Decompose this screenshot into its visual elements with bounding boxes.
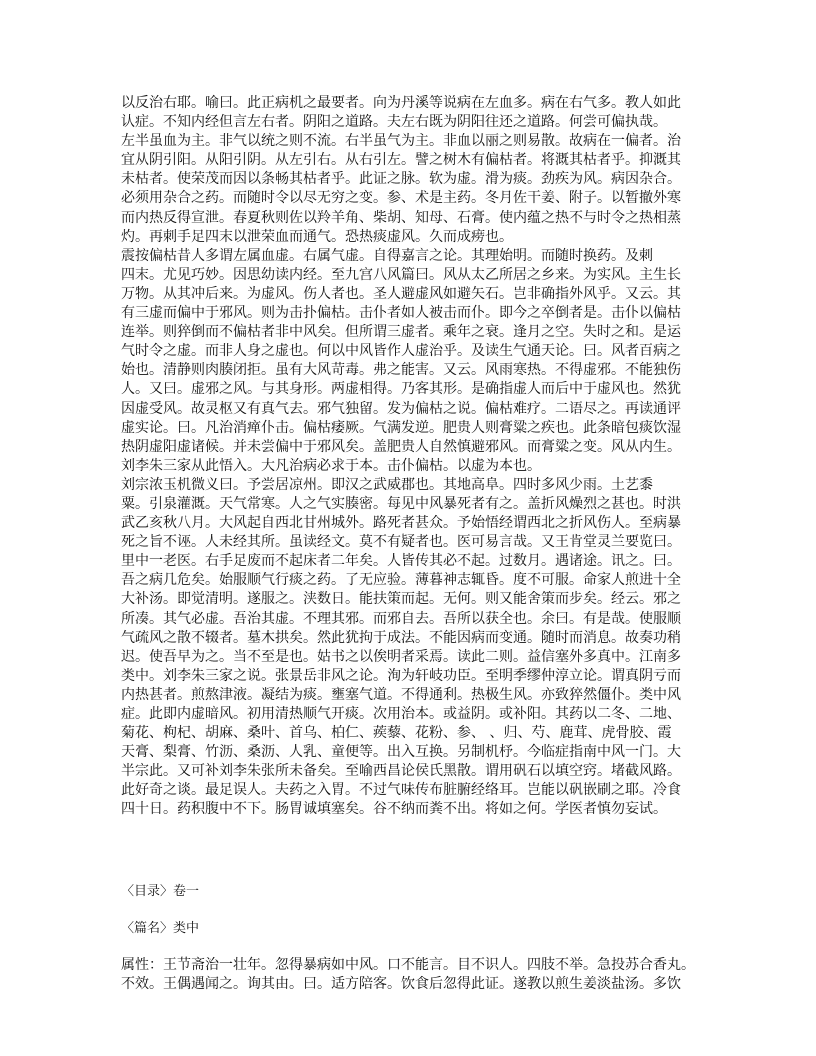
text-line: 未枯者。使荣茂而因以条畅其枯者乎。此证之脉。软为虚。滑为痰。劲疾为风。病因杂合。 [121, 170, 691, 189]
document-page: 以反治右耶。喻曰。此正病机之最要者。向为丹溪等说病在左血多。病在右气多。教人如此… [121, 94, 691, 994]
chapter-heading: 〈篇名〉类中 [121, 919, 691, 938]
text-line: 粟。引泉灌溉。天气常寒。人之气实腠密。每见中风暴死者有之。盖折风燥烈之甚也。时洪 [121, 495, 691, 514]
text-line: 菊花、枸杞、胡麻、桑叶、首乌、柏仁、蒺藜、花粉、参、 、归、芍、鹿茸、虎骨胶、霞 [121, 724, 691, 743]
section-text: 属性：王节斋治一壮年。忽得暴病如中风。口不能言。目不识人。四肢不举。急投苏合香丸… [121, 956, 691, 994]
text-line: 认症。不知内经但言左右者。阴阳之道路。夫左右既为阴阳往还之道路。何尝可偏执哉。 [121, 113, 691, 132]
text-line: 左半虽血为主。非气以统之则不流。右半虽气为主。非血以丽之则易散。故病在一偏者。治 [121, 132, 691, 151]
text-line: 必须用杂合之药。而随时令以尽无穷之变。参、术是主药。冬月佐干姜、附子。以暂撤外寒 [121, 189, 691, 208]
text-line: 内热甚者。煎熬津液。凝结为痰。壅塞气道。不得通利。热极生风。亦致猝然僵仆。类中风 [121, 686, 691, 705]
text-line: 灼。再刺手足四末以泄荣血而通气。恐热痰虚风。久而成痨也。 [121, 228, 691, 247]
text-line: 万物。从其冲后来。为虚风。伤人者也。圣人避虚风如避矢石。岂非确指外风乎。又云。其 [121, 285, 691, 304]
text-line: 宜从阴引阳。从阳引阴。从左引右。从右引左。譬之树木有偏枯者。将溉其枯者乎。抑溉其 [121, 151, 691, 170]
text-line: 属性：王节斋治一壮年。忽得暴病如中风。口不能言。目不识人。四肢不举。急投苏合香丸… [121, 956, 691, 975]
catalog-heading: 〈目录〉卷一 [121, 882, 691, 901]
text-line: 虚实论。曰。凡治消瘅仆击。偏枯痿厥。气满发逆。肥贵人则膏粱之疾也。此条暗包痰饮湿 [121, 419, 691, 438]
text-line: 大补汤。即觉清明。遂服之。浃数日。能扶策而起。无何。则又能舍策而步矣。经云。邪之 [121, 590, 691, 609]
text-line: 而内热反得宣泄。春夏秋则佐以羚羊角、柴胡、知母、石膏。使内蕴之热不与时令之热相蒸 [121, 209, 691, 228]
text-line: 此好奇之谈。最足误人。夫药之入胃。不过气味传布脏腑经络耳。岂能以矾嵌刷之耶。冷食 [121, 781, 691, 800]
text-line: 四末。尤见巧妙。因思幼读内经。至九宫八风篇曰。风从太乙所居之乡来。为实风。主生长 [121, 266, 691, 285]
text-line: 连举。则猝倒而不偏枯者非中风矣。但所谓三虚者。乘年之衰。逢月之空。失时之和。是运 [121, 323, 691, 342]
text-line: 以反治右耶。喻曰。此正病机之最要者。向为丹溪等说病在左血多。病在右气多。教人如此 [121, 94, 691, 113]
text-line: 因虚受风。故灵枢又有真气去。邪气独留。发为偏枯之说。偏枯难疗。二语尽之。再读通评 [121, 400, 691, 419]
text-line: 不效。王偶遇闻之。询其由。曰。适方陪客。饮食后忽得此证。遂教以煎生姜淡盐汤。多饮 [121, 975, 691, 994]
text-line: 热阴虚阳虚诸候。并未尝偏中于邪风矣。盖肥贵人自然慎避邪风。而膏粱之变。风从内生。 [121, 438, 691, 457]
text-line: 刘李朱三家从此悟入。大凡治病必求于本。击仆偏枯。以虚为本也。 [121, 457, 691, 476]
text-line: 武乙亥秋八月。大风起自西北甘州城外。路死者甚众。予始悟经谓西北之折风伤人。至病暴 [121, 514, 691, 533]
text-line: 气时令之虚。而非人身之虚也。何以中风皆作人虚治乎。及读生气通天论。曰。风者百病之 [121, 342, 691, 361]
text-line: 气疏风之散不辍者。墓木拱矣。然此犹拘于成法。不能因病而变通。随时而消息。故奏功稍 [121, 629, 691, 648]
text-line: 四十日。药积腹中不下。肠胃诚填塞矣。谷不纳而粪不出。将如之何。学医者慎勿妄试。 [121, 800, 691, 819]
section-spacer [121, 820, 691, 882]
text-line: 始也。清静则肉腠闭拒。虽有大风苛毒。弗之能害。又云。风雨寒热。不得虚邪。不能独伤 [121, 361, 691, 380]
text-line: 症。此即内虚暗风。初用清热顺气开痰。次用治本。或益阴。或补阳。其药以二冬、二地、 [121, 705, 691, 724]
text-line: 死之旨不诬。人未经其所。虽读经文。莫不有疑者也。医可易言哉。又王肯堂灵兰要览曰。 [121, 533, 691, 552]
text-line: 迟。使吾早为之。当不至是也。姑书之以俟明者采焉。读此二则。益信塞外多真中。江南多 [121, 648, 691, 667]
text-line: 所凑。其气必虚。吾治其虚。不理其邪。而邪自去。吾所以获全也。余曰。有是哉。使服顺 [121, 610, 691, 629]
text-line: 天膏、梨膏、竹沥、桑沥、人乳、童便等。出入互换。另制机杼。今临症指南中风一门。大 [121, 743, 691, 762]
body-text: 以反治右耶。喻曰。此正病机之最要者。向为丹溪等说病在左血多。病在右气多。教人如此… [121, 94, 691, 820]
text-line: 吾之病几危矣。始服顺气行痰之药。了无应验。薄暮神志辄昏。度不可服。命家人煎进十全 [121, 571, 691, 590]
text-line: 有三虚而偏中于邪风。则为击扑偏枯。击仆者如人被击而仆。即今之卒倒者是。击仆以偏枯 [121, 304, 691, 323]
text-line: 半宗此。又可补刘李朱张所未备矣。至喻西昌论侯氏黑散。谓用矾石以填空窍。堵截风路。 [121, 762, 691, 781]
text-line: 震按偏枯昔人多谓左属血虚。右属气虚。自得嘉言之论。其理始明。而随时换药。及刺 [121, 247, 691, 266]
text-line: 类中。刘李朱三家之说。张景岳非风之论。洵为轩岐功臣。至明季缪仲淳立论。谓真阴亏而 [121, 667, 691, 686]
text-line: 人。又曰。虚邪之风。与其身形。两虚相得。乃客其形。是确指虚人而后中于虚风也。然犹 [121, 380, 691, 399]
text-line: 里中一老医。右手足废而不起床者二年矣。人皆传其必不起。过数月。遇诸途。讯之。曰。 [121, 552, 691, 571]
heading-spacer [121, 938, 691, 956]
text-line: 刘宗浓玉机微义曰。予尝居凉州。即汉之武威郡也。其地高阜。四时多风少雨。土艺黍 [121, 476, 691, 495]
heading-spacer [121, 901, 691, 919]
